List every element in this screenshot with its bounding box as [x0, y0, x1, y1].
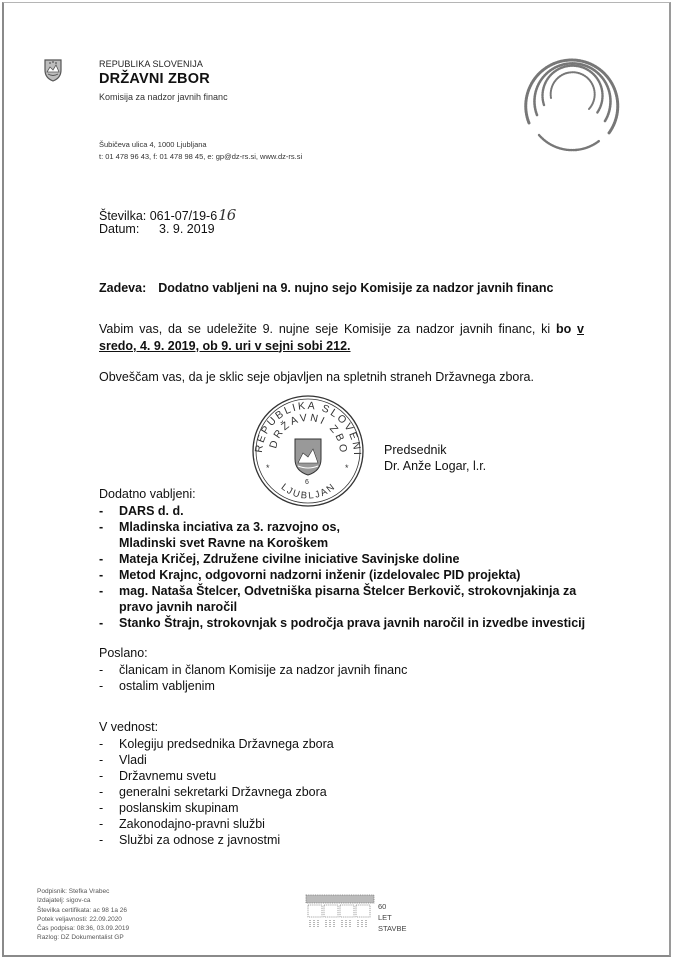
subject-label: Zadeva: — [99, 281, 146, 295]
signature-validity: Potek veljavnosti: 22.09.2020 — [37, 915, 129, 924]
list-item: Metod Krajnc, odgovorni nadzorni inženir… — [99, 567, 619, 583]
invitation-bold: bo — [556, 322, 577, 336]
document-page: REPUBLIKA SLOVENIJA DRŽAVNI ZBOR Komisij… — [2, 2, 671, 957]
list-item: Vladi — [99, 752, 334, 768]
list-item: generalni sekretarki Državnega zbora — [99, 784, 334, 800]
slovenia-coat-of-arms-icon — [43, 58, 63, 82]
anniversary-years: 60 — [378, 901, 406, 912]
header-address: Šubičeva ulica 4, 1000 Ljubljana — [99, 140, 207, 149]
list-item: Mateja Kričej, Združene civilne iniciati… — [99, 551, 619, 567]
list-item: Kolegiju predsednika Državnega zbora — [99, 736, 334, 752]
for-info-title: V vednost: — [99, 720, 158, 734]
notice-paragraph: Obveščam vas, da je sklic seje objavljen… — [99, 369, 584, 386]
anniversary-let: LET — [378, 912, 406, 923]
header-republic: REPUBLIKA SLOVENIJA — [99, 59, 203, 69]
document-date: Datum:3. 9. 2019 — [99, 222, 215, 236]
list-item: Službi za odnose z javnostmi — [99, 832, 334, 848]
circular-receipt-stamp-icon — [509, 43, 629, 163]
list-item: Državnemu svetu — [99, 768, 334, 784]
list-item: mag. Nataša Štelcer, Odvetniška pisarna … — [99, 583, 589, 615]
anniversary-label: 60 LET STAVBE — [378, 901, 406, 934]
digital-signature-block: Podpisnik: Stefka Vrabec Izdajatelj: sig… — [37, 887, 129, 943]
header-institution: DRŽAVNI ZBOR — [99, 71, 210, 87]
list-item: ostalim vabljenim — [99, 678, 407, 694]
invited-title: Dodatno vabljeni: — [99, 487, 196, 501]
signatory: Predsednik Dr. Anže Logar, l.r. — [384, 442, 486, 474]
number-label: Številka: — [99, 209, 146, 223]
header-contact: t: 01 478 96 43, f: 01 478 98 45, e: gp@… — [99, 152, 302, 161]
svg-text:*: * — [345, 463, 349, 473]
signature-time: Čas podpisa: 08:36, 03.09.2019 — [37, 924, 129, 933]
list-item: članicam in članom Komisije za nadzor ja… — [99, 662, 407, 678]
parliament-building-icon — [304, 893, 376, 931]
anniversary-building: STAVBE — [378, 923, 406, 934]
date-label: Datum: — [99, 222, 159, 236]
subject-line: Zadeva:Dodatno vabljeni na 9. nujno sejo… — [99, 281, 553, 295]
signatory-name: Dr. Anže Logar, l.r. — [384, 458, 486, 474]
for-info-list: Kolegiju predsednika Državnega zbora Vla… — [99, 736, 334, 848]
list-item: Zakonodajno-pravni službi — [99, 816, 334, 832]
signature-issuer: Izdajatelj: sigov-ca — [37, 896, 129, 905]
handwritten-number: 16 — [218, 206, 235, 224]
svg-text:6: 6 — [305, 479, 309, 486]
list-item: DARS d. d. — [99, 503, 619, 519]
signatory-title: Predsednik — [384, 442, 486, 458]
invitation-text: Vabim vas, da se udeležite 9. nujne seje… — [99, 322, 556, 336]
signature-certificate: Številka certifikata: ac 98 1a 26 — [37, 906, 129, 915]
invited-list: DARS d. d. Mladinska inciativa za 3. raz… — [99, 503, 619, 631]
list-item: Stanko Štrajn, strokovnjak s področja pr… — [99, 615, 619, 631]
signature-reason: Razlog: DZ Dokumentalist GP — [37, 933, 129, 942]
number-value: 061-07/19-6 — [150, 209, 217, 223]
sent-title: Poslano: — [99, 646, 148, 660]
list-item: poslanskim skupinam — [99, 800, 334, 816]
official-seal-icon: REPUBLIKA SLOVENIJA DRŽAVNI ZBOR LJUBLJA… — [248, 393, 368, 511]
sent-list: članicam in članom Komisije za nadzor ja… — [99, 662, 407, 694]
subject-text: Dodatno vabljeni na 9. nujno sejo Komisi… — [158, 281, 553, 295]
signature-signer: Podpisnik: Stefka Vrabec — [37, 887, 129, 896]
svg-text:*: * — [266, 463, 270, 473]
date-value: 3. 9. 2019 — [159, 222, 215, 236]
list-item: Mladinska inciativa za 3. razvojno os, M… — [99, 519, 369, 551]
header-commission: Komisija za nadzor javnih financ — [99, 92, 228, 102]
invitation-paragraph: Vabim vas, da se udeležite 9. nujne seje… — [99, 321, 584, 354]
